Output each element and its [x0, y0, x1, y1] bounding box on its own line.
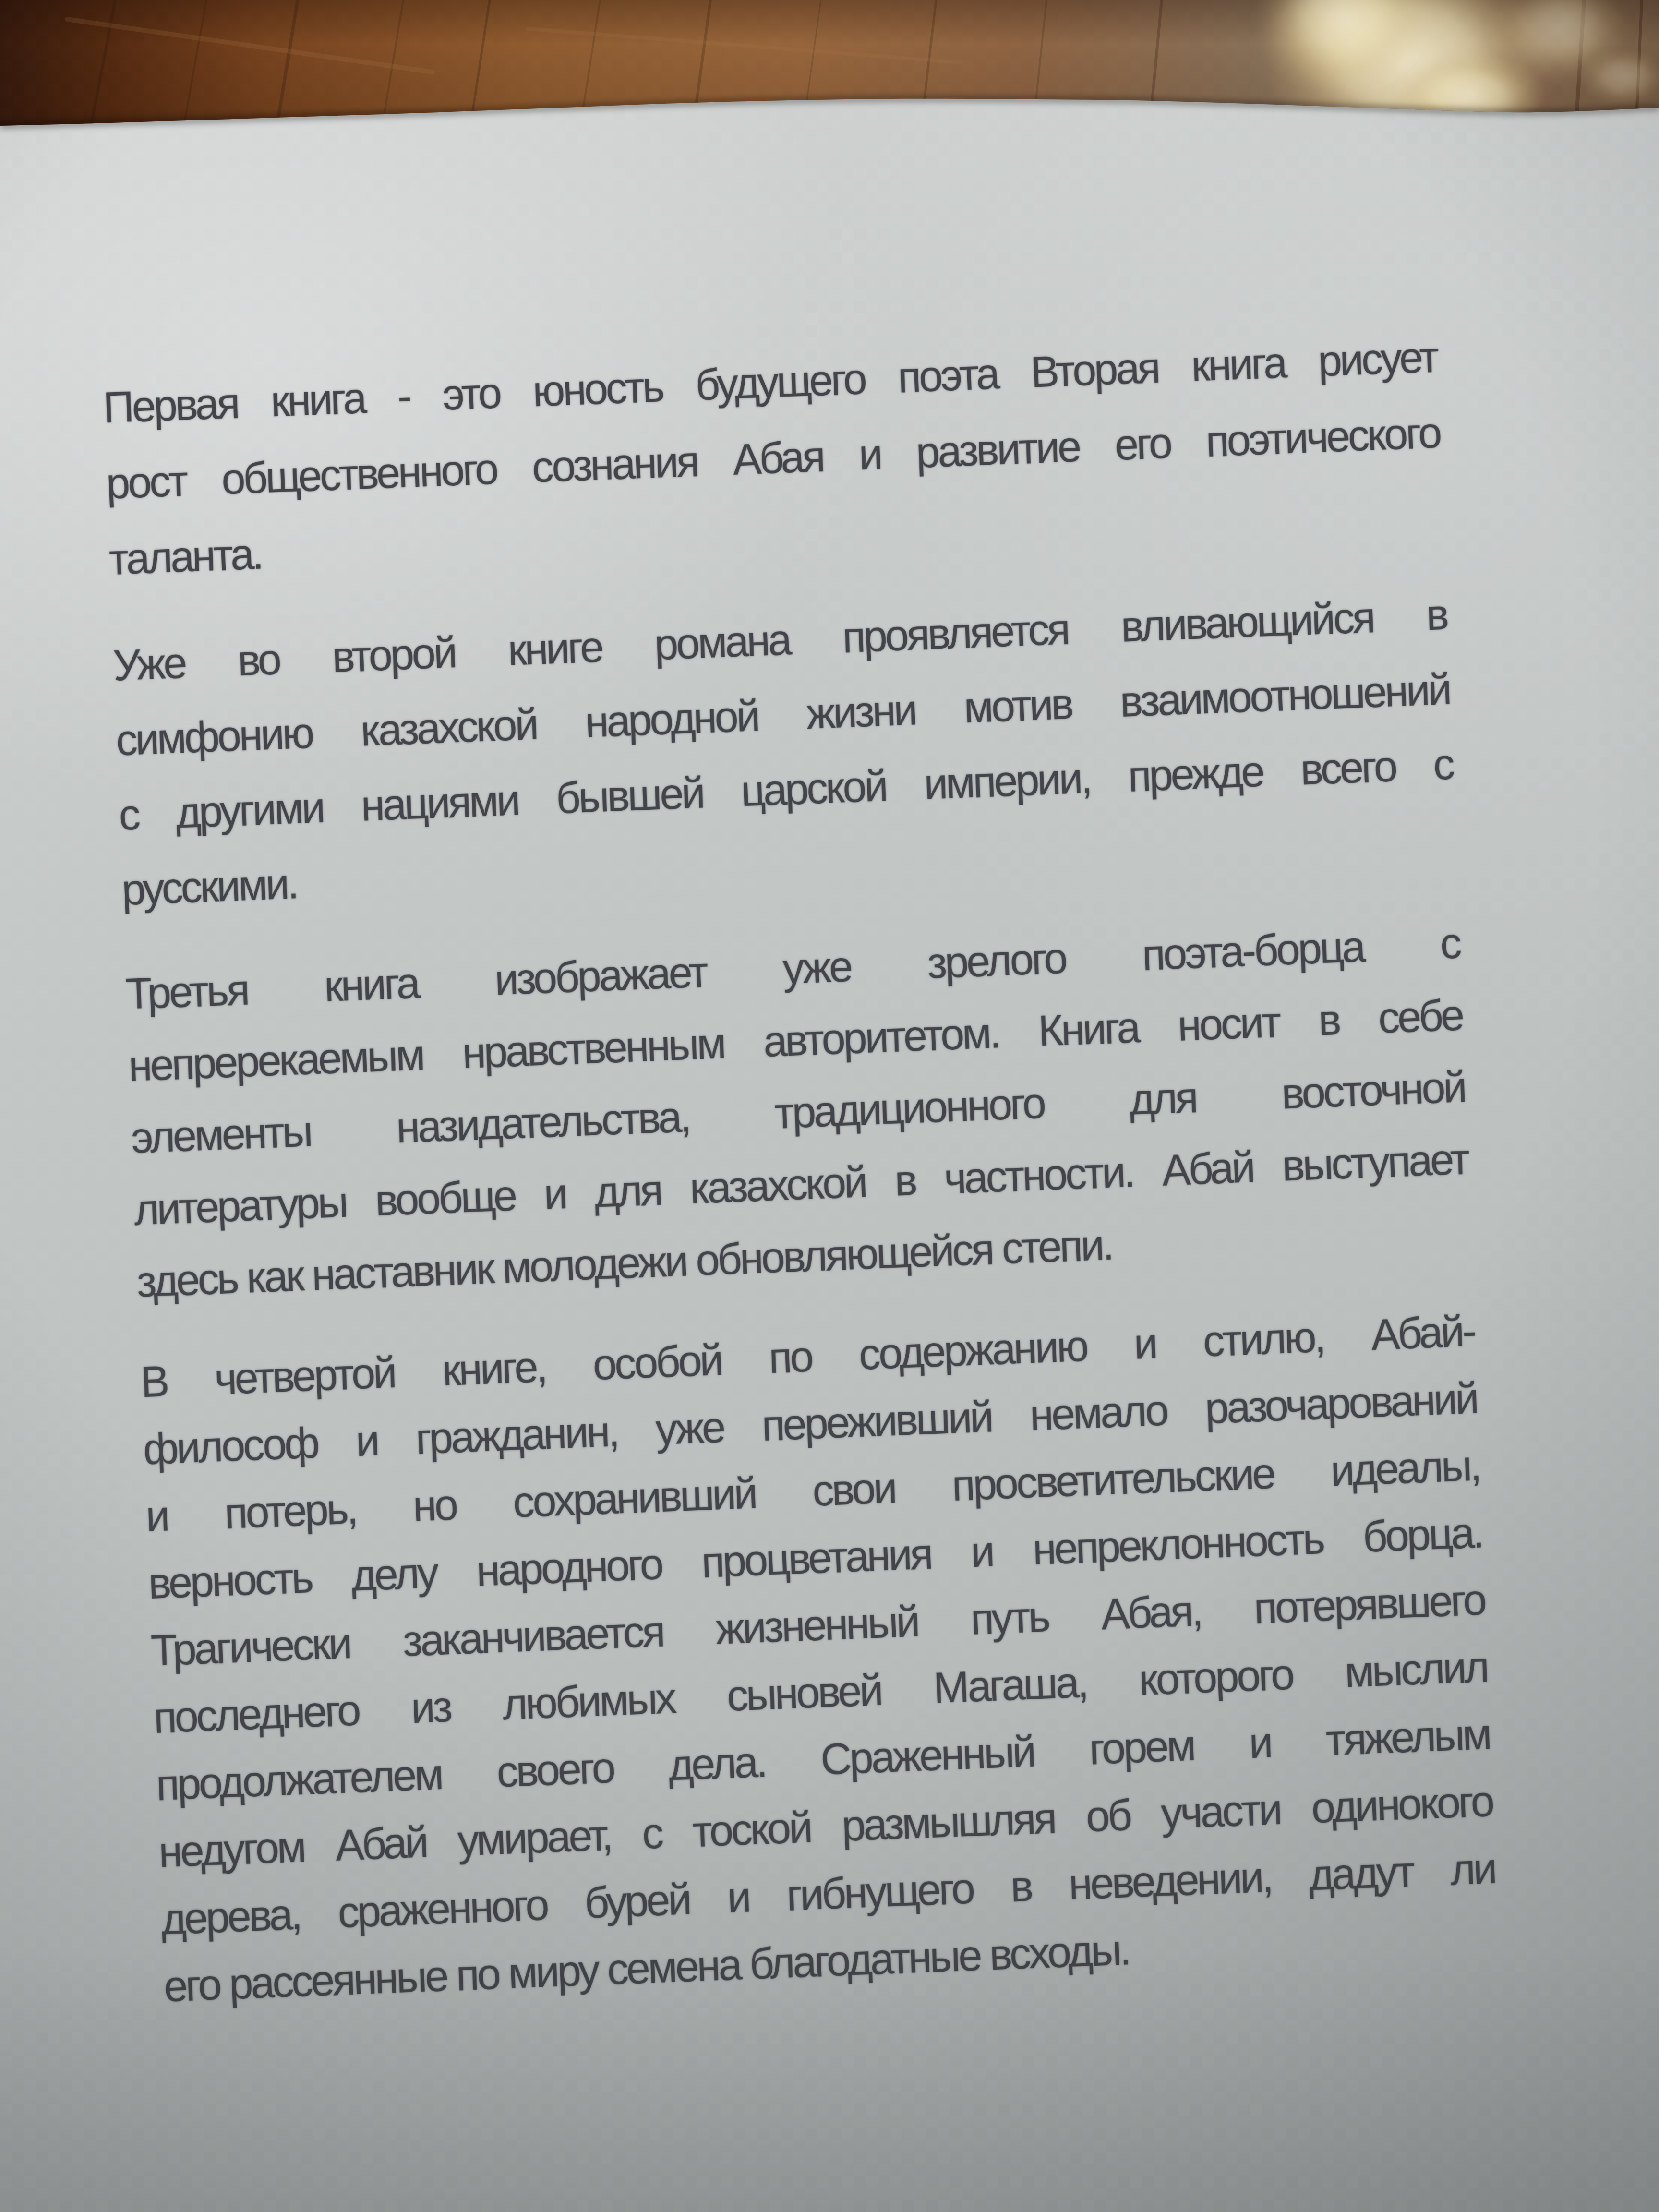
document-text-block: Первая книга - это юность будущего поэта… — [102, 319, 1499, 2020]
paragraph-4: В четвертой книге, особой по содержанию … — [139, 1298, 1499, 2021]
photo-of-document: Первая книга - это юность будущего поэта… — [0, 0, 1659, 2212]
paragraph-2: Уже во второй книге романа проявляется в… — [112, 577, 1457, 928]
paragraph-3: Третья книга изображает уже зрелого поэт… — [124, 907, 1472, 1318]
wooden-table-surface — [0, 0, 1659, 163]
light-glare — [1258, 0, 1659, 163]
